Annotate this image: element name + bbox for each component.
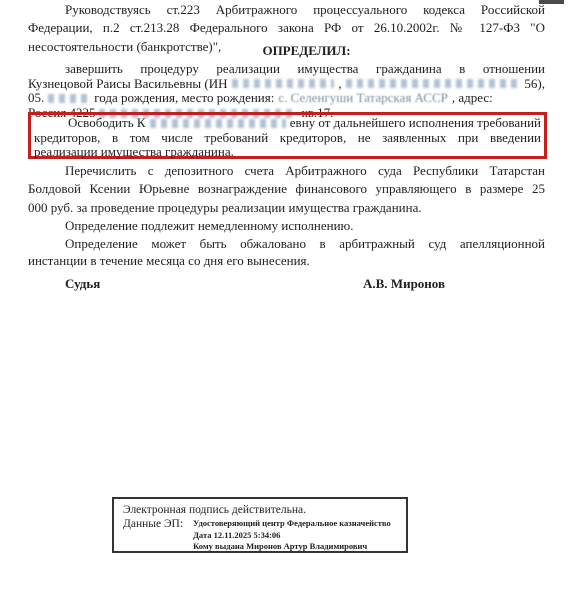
appeal-paragraph: Определение может быть обжаловано в арби… (28, 235, 545, 269)
judge-label: Судья (65, 276, 100, 292)
payment-paragraph: Перечислить с депозитного счета Арбитраж… (28, 162, 545, 217)
stamp-detail-line: Дата 12.11.2025 5:34:06 (193, 530, 391, 542)
stamp-data-row: Данные ЭП: Удостоверяющий центр Федераль… (123, 518, 398, 553)
intro-line: Руководствуясь ст.223 Арбитражного проце… (28, 1, 545, 19)
redacted-snils-blur (346, 79, 521, 88)
stamp-detail-line: Кому выдана Миронов Артур Владимирович (193, 541, 391, 553)
appeal-line: Определение может быть обжаловано в арби… (28, 235, 545, 252)
payment-line: Перечислить с депозитного счета Арбитраж… (28, 162, 545, 180)
redacted-inn-blur (232, 79, 335, 88)
stamp-detail-line: Удостоверяющий центр Федеральное казначе… (193, 518, 391, 530)
appeal-line: инстанции в течение месяца со дня его вы… (28, 252, 545, 269)
release-start-text: Освободить К (34, 116, 146, 131)
id-tail-text: 56), (524, 77, 545, 92)
stamp-details: Удостоверяющий центр Федеральное казначе… (193, 518, 391, 553)
judge-name: А.В. Миронов (363, 276, 445, 292)
release-line: Освободить К евну от дальнейшего исполне… (34, 116, 541, 131)
stamp-data-label: Данные ЭП: (123, 518, 183, 531)
release-tail-text: евну от дальнейшего исполнения требовани… (290, 116, 541, 131)
signature-row: Судья А.В. Миронов (28, 276, 545, 292)
intro-line: Федерации, п.2 ст.213.28 Федерального за… (28, 19, 545, 37)
completion-line: завершить процедуру реализации имущества… (28, 62, 545, 77)
birthplace-text: года рождения, место рождения: (94, 91, 274, 106)
court-ruling-page: Руководствуясь ст.223 Арбитражного проце… (0, 0, 572, 602)
redacted-name-blur (150, 119, 286, 128)
release-line: кредиторов, в том числе требований креди… (34, 131, 541, 146)
separator-text: , (338, 77, 341, 92)
electronic-signature-stamp: Электронная подпись действительна. Данны… (112, 497, 408, 553)
release-line: реализации имущества гражданина. (34, 145, 541, 160)
resolution-heading: ОПРЕДЕЛИЛ: (28, 44, 545, 58)
completion-line-birth: 05. года рождения, место рождения: с. Се… (28, 91, 545, 106)
debtor-name-text: Кузнецовой Раисы Васильевны (ИН (28, 77, 228, 92)
payment-line: 000 руб. за проведение процедуры реализа… (28, 199, 545, 217)
redacted-birthdate-blur (48, 94, 90, 103)
birthdate-prefix-text: 05. (28, 91, 44, 106)
stamp-valid-line: Электронная подпись действительна. (123, 503, 398, 517)
red-highlight-annotation-box: Освободить К евну от дальнейшего исполне… (28, 112, 547, 159)
payment-line: Болдовой Ксении Юрьевне вознаграждение ф… (28, 180, 545, 198)
immediate-execution-line: Определение подлежит немедленному исполн… (28, 217, 545, 235)
address-label-text: , адрес: (452, 91, 493, 106)
birthplace-faded-text: с. Селенгуши Татарская АССР (278, 91, 448, 106)
completion-line-personal: Кузнецовой Раисы Васильевны (ИН , 56), (28, 77, 545, 92)
